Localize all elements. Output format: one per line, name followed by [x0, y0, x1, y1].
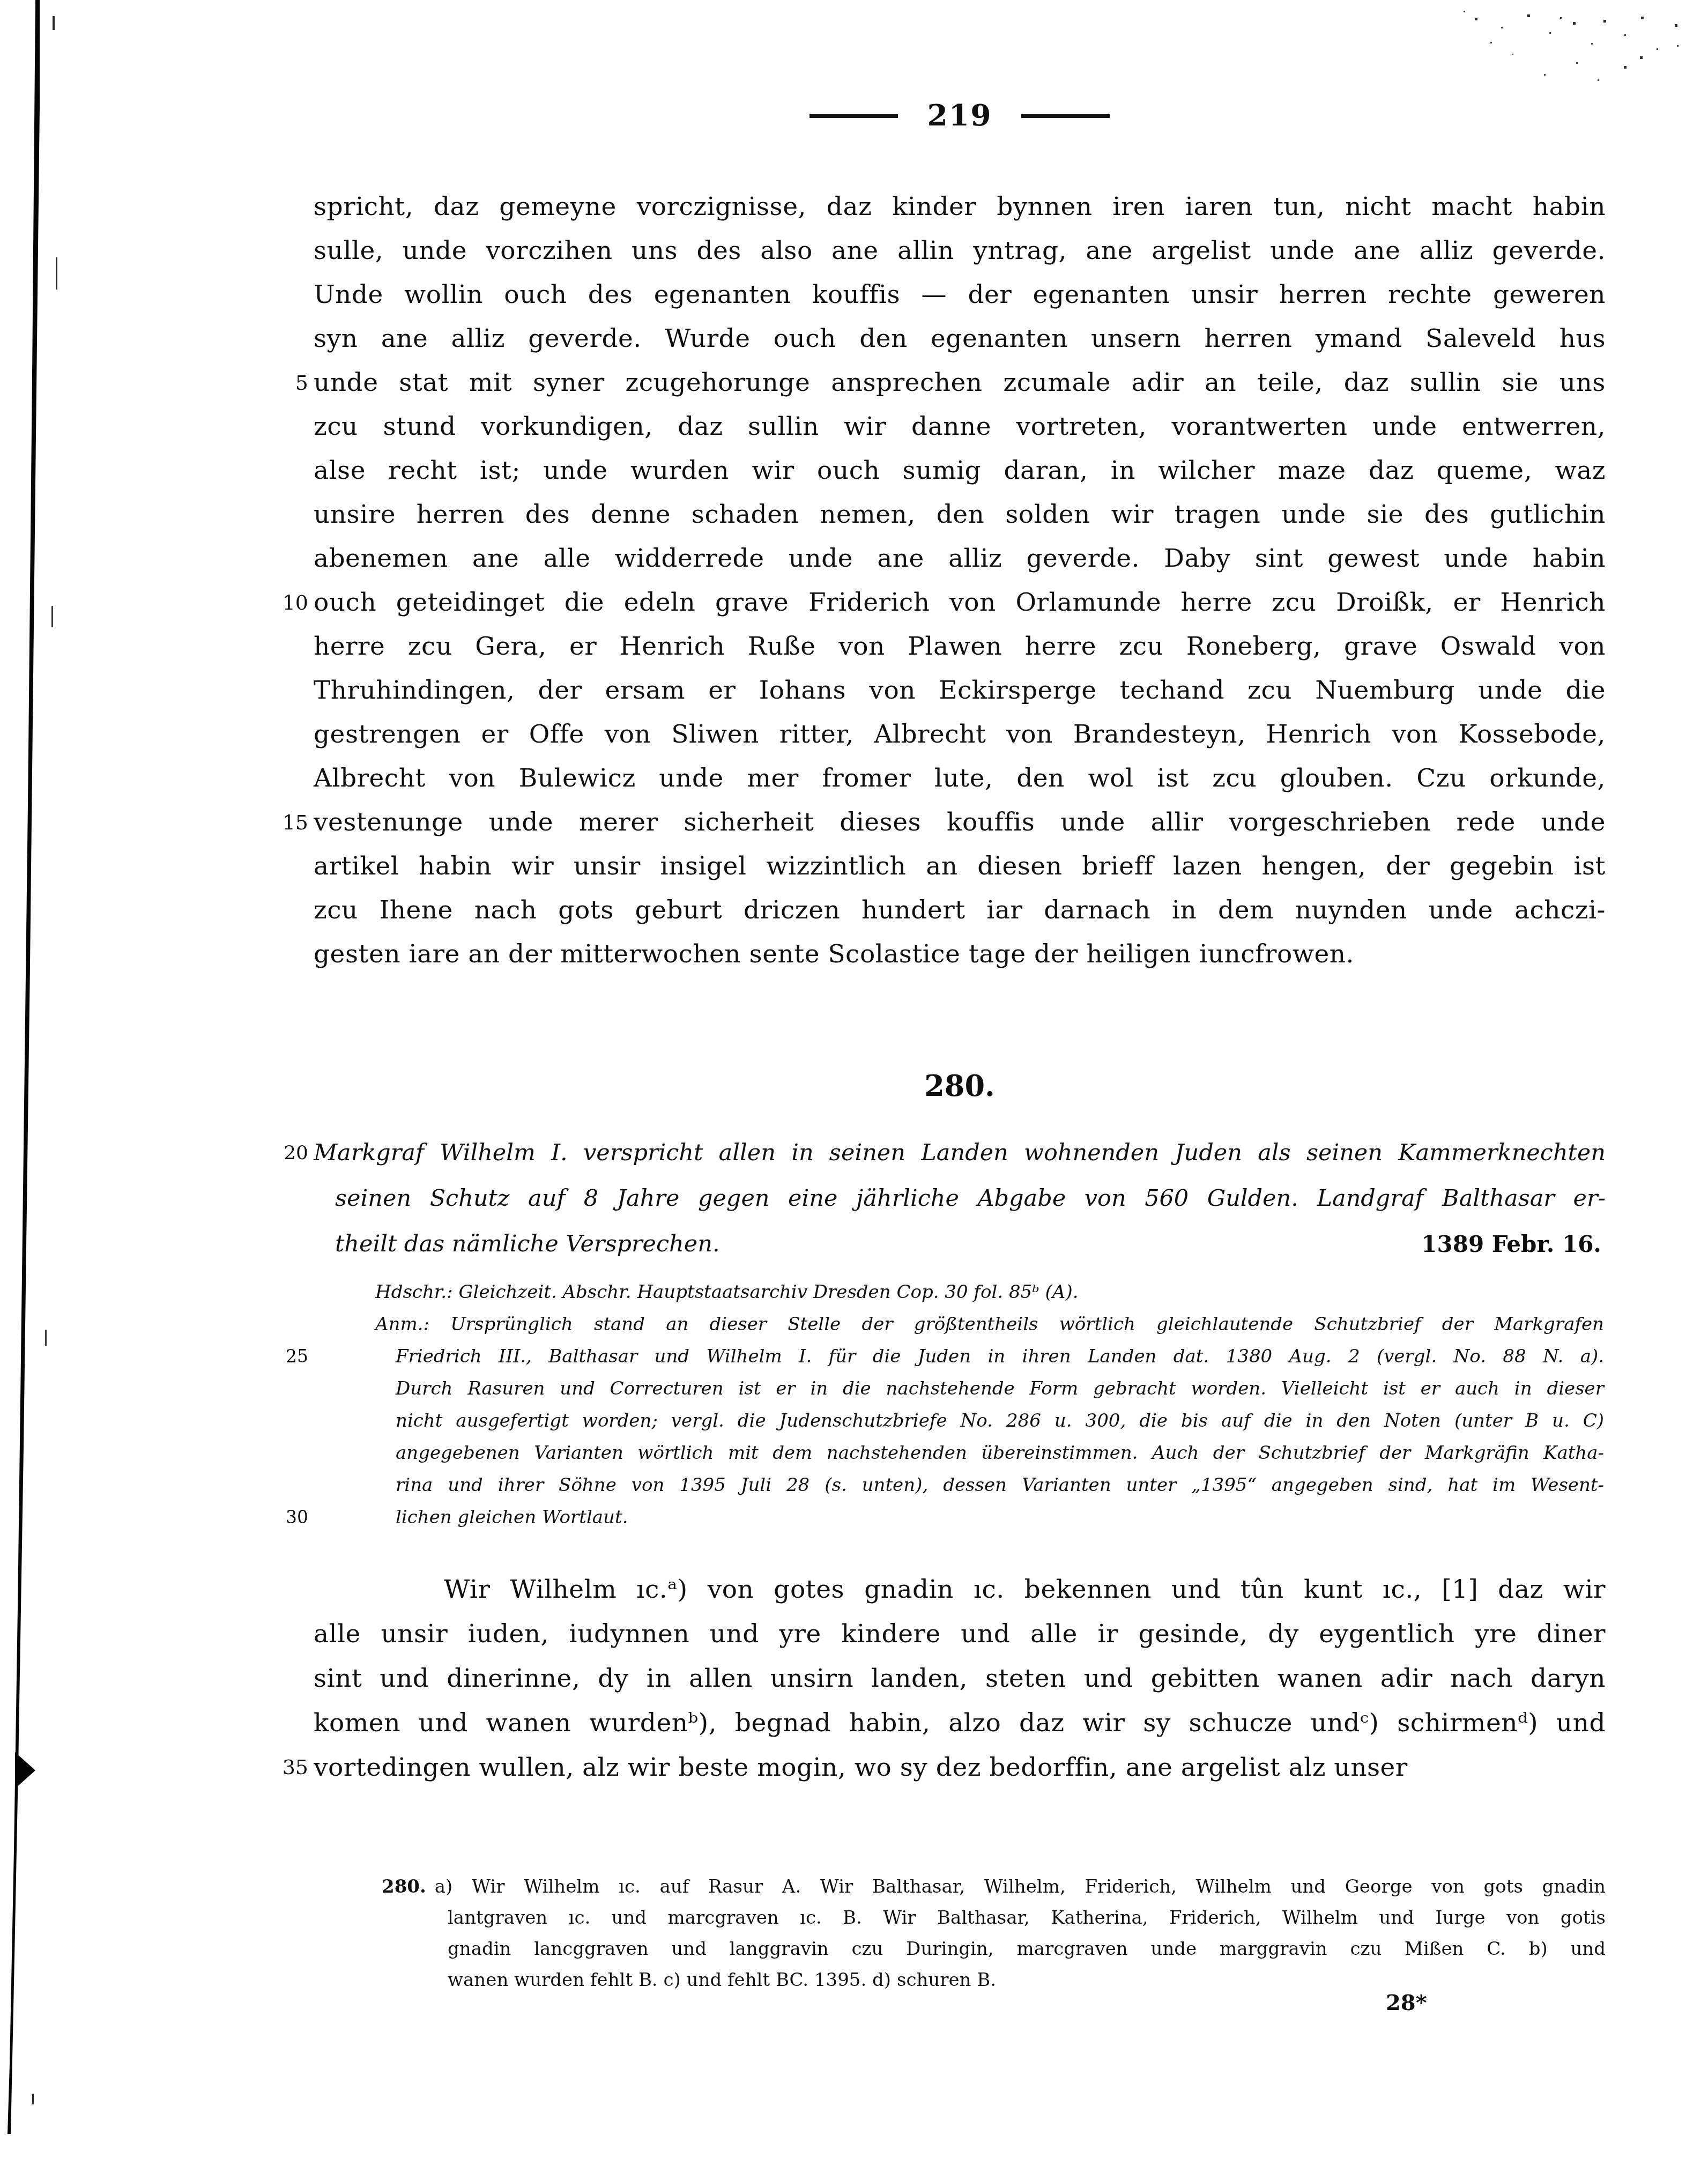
footnote-line: 280.a) Wir Wilhelm ıc. auf Rasur A. Wir …	[382, 1871, 1606, 1902]
text-line: gestrengen er Offe von Sliwen ritter, Al…	[314, 713, 1606, 757]
margin-line-number-15: 15	[257, 800, 308, 844]
page-header: 219	[314, 99, 1606, 131]
text-line: abenemen ane alle widderrede unde ane al…	[314, 537, 1606, 581]
scan-noise-speckles	[1464, 11, 1465, 12]
text-line: Unde wollin ouch des egenanten kouffis —…	[314, 273, 1606, 317]
apparatus-line: nicht ausgefertigt worden; vergl. die Ju…	[375, 1405, 1604, 1437]
summary-line-text: theilt das nämliche Versprechen.	[335, 1230, 720, 1257]
charter-280-apparatus: Hdschr.: Gleichzeit. Abschr. Hauptstaats…	[375, 1276, 1604, 1533]
text-line: komen und wanen wurdenᵇ), begnad habin, …	[314, 1701, 1606, 1745]
margin-line-number-5: 5	[257, 361, 308, 405]
summary-line: Markgraf Wilhelm I. verspricht allen in …	[314, 1130, 1606, 1176]
charter-280-summary: Markgraf Wilhelm I. verspricht allen in …	[314, 1130, 1606, 1267]
header-right-rule	[1021, 114, 1110, 118]
apparatus-line-hdschr: Hdschr.: Gleichzeit. Abschr. Hauptstaats…	[375, 1276, 1604, 1308]
footnote-charter-number: 280.	[382, 1876, 426, 1897]
apparatus-line: Durch Rasuren und Correcturen ist er in …	[375, 1373, 1604, 1405]
apparatus-line: Friedrich III., Balthasar und Wilhelm I.…	[375, 1340, 1604, 1373]
text-line: zcu stund vorkundigen, daz sullin wir da…	[314, 405, 1606, 449]
margin-line-number-10: 10	[257, 581, 308, 625]
text-line: alle unsir iuden, iudynnen und yre kinde…	[314, 1612, 1606, 1656]
text-line: spricht, daz gemeyne vorczignisse, daz k…	[314, 185, 1606, 229]
margin-line-number-30: 30	[257, 1501, 308, 1533]
text-line: unde stat mit syner zcugehorunge ansprec…	[314, 361, 1606, 405]
printers-signature-mark: 28*	[1386, 1990, 1427, 2015]
apparatus-line: rina und ihrer Söhne von 1395 Juli 28 (s…	[375, 1469, 1604, 1501]
charter-280-heading: 280.	[314, 1067, 1606, 1104]
text-line: herre zcu Gera, er Henrich Ruße von Plaw…	[314, 625, 1606, 669]
header-left-rule	[810, 114, 898, 118]
text-line: vestenunge unde merer sicherheit dieses …	[314, 800, 1606, 844]
text-line: vortedingen wullen, alz wir beste mogin,…	[314, 1745, 1606, 1790]
text-line: syn ane alliz geverde. Wurde ouch den eg…	[314, 317, 1606, 361]
apparatus-line: angegebenen Varianten wörtlich mit dem n…	[375, 1437, 1604, 1469]
charter-280-text: Wir Wilhelm ıc.ᵃ) von gotes gnadin ıc. b…	[314, 1567, 1606, 1790]
apparatus-line-anm: Anm.: Ursprünglich stand an dieser Stell…	[375, 1308, 1604, 1340]
text-line: Wir Wilhelm ıc.ᵃ) von gotes gnadin ıc. b…	[314, 1567, 1606, 1612]
text-line: gesten iare an der mitterwochen sente Sc…	[314, 932, 1606, 976]
footnote-text: a) Wir Wilhelm ıc. auf Rasur A. Wir Balt…	[435, 1876, 1606, 1897]
page-number: 219	[927, 98, 992, 132]
text-line: ouch geteidinget die edeln grave Frideri…	[314, 581, 1606, 625]
scanned-book-page: 219 5 10 15 20 25 30 35 spricht, daz gem…	[0, 0, 1708, 2180]
footnote-line: lantgraven ıc. und marcgraven ıc. B. Wir…	[382, 1902, 1606, 1933]
text-line: alse recht ist; unde wurden wir ouch sum…	[314, 449, 1606, 493]
summary-line: theilt das nämliche Versprechen. 1389 Fe…	[314, 1221, 1606, 1267]
summary-line: seinen Schutz auf 8 Jahre gegen eine jäh…	[314, 1176, 1606, 1221]
text-line: unsire herren des denne schaden nemen, d…	[314, 493, 1606, 537]
text-line: artikel habin wir unsir insigel wizzintl…	[314, 844, 1606, 888]
text-line: sulle, unde vorczihen uns des also ane a…	[314, 229, 1606, 273]
charter-280-footnotes: 280.a) Wir Wilhelm ıc. auf Rasur A. Wir …	[382, 1871, 1606, 1996]
charter-279-continuation: spricht, daz gemeyne vorczignisse, daz k…	[314, 185, 1606, 976]
margin-line-number-25: 25	[257, 1340, 308, 1373]
binding-shadow-artifact	[0, 0, 70, 2180]
text-line: Thruhindingen, der ersam er Iohans von E…	[314, 669, 1606, 713]
text-line: sint und dinerinne, dy in allen unsirn l…	[314, 1656, 1606, 1701]
text-line: zcu Ihene nach gots geburt driczen hunde…	[314, 888, 1606, 932]
apparatus-line: lichen gleichen Wortlaut.	[375, 1501, 1604, 1533]
text-line: Albrecht von Bulewicz unde mer fromer lu…	[314, 757, 1606, 800]
margin-line-number-20: 20	[257, 1130, 308, 1176]
margin-line-number-35: 35	[257, 1745, 308, 1790]
charter-date: 1389 Febr. 16.	[1421, 1221, 1601, 1267]
footnote-line: gnadin lancggraven und langgravin czu Du…	[382, 1933, 1606, 1964]
